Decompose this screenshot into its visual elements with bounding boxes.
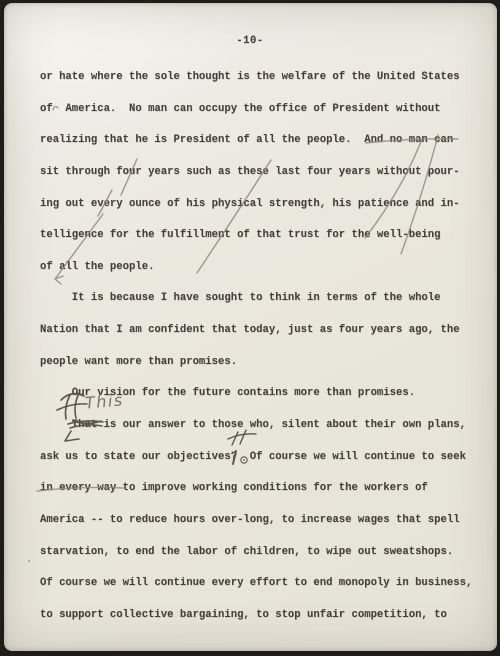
typescript-line: starvation, to end the labor of children…	[40, 537, 490, 569]
typescript-line: to support collective bargaining, to sto…	[40, 600, 490, 632]
typescript-line: ing out every ounce of his physical stre…	[40, 189, 490, 221]
typescript-line: telligence for the fulfillment of that t…	[40, 220, 490, 252]
typescript-line: sit through four years such as these las…	[40, 157, 490, 189]
typescript-line: of America. No man can occupy the office…	[40, 94, 490, 126]
typescript-line: people want more than promises.	[40, 347, 490, 379]
typescript-line: Of course we will continue every effort …	[40, 568, 490, 600]
page-number: -10-	[0, 35, 500, 48]
typescript-body: or hate where the sole thought is the we…	[40, 62, 490, 632]
typescript-line: Nation that I am confident that today, j…	[40, 315, 490, 347]
typescript-line: realizing that he is President of all th…	[40, 125, 490, 157]
typescript-line: of all the people.	[40, 252, 490, 284]
typescript-line: It is because I have sought to think in …	[40, 283, 490, 315]
typescript-line: in every way to improve working conditio…	[40, 473, 490, 505]
typescript-line: ask us to state our objectives? Of cours…	[40, 442, 490, 474]
document-photo: -10- or hate where the sole thought is t…	[0, 0, 500, 656]
typescript-line: That is our answer to those who, silent …	[40, 410, 490, 442]
typescript-line: or hate where the sole thought is the we…	[40, 62, 490, 94]
handwritten-word-this: This	[84, 391, 124, 412]
typescript-line: America -- to reduce hours over-long, to…	[40, 505, 490, 537]
